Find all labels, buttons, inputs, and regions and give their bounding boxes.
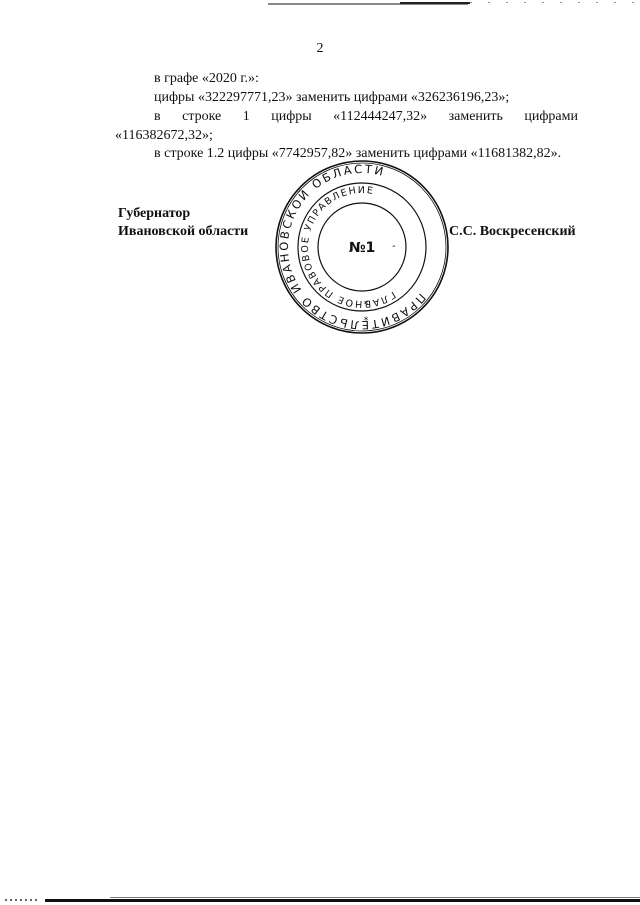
stamp-center-text: №1 (349, 240, 376, 256)
stamp-star: * (364, 316, 369, 326)
text-line: цифры «322297771,23» заменить цифрами «3… (154, 90, 509, 106)
word: строке (182, 109, 221, 125)
stamp-star: * (364, 300, 369, 310)
word: цифры (271, 109, 311, 125)
word: 1 (243, 109, 250, 125)
word: «112444247,32» (333, 109, 427, 125)
stamp-mark: - (392, 241, 396, 252)
scan-artifact-top (400, 2, 470, 4)
official-stamp: ПРАВИТЕЛЬСТВО ИВАНОВСКОЙ ОБЛАСТИ ГЛАВНОЕ… (272, 157, 452, 337)
signatory-name: С.С. Воскресенский (449, 223, 576, 241)
text-line: в графе «2020 г.»: (154, 71, 259, 87)
word: в (154, 109, 161, 125)
scan-artifact-top (470, 2, 640, 3)
word: заменить (449, 109, 503, 125)
text-line-justified: в строке 1 цифры «112444247,32» заменить… (154, 109, 578, 125)
signatory-title: Ивановской области (118, 223, 248, 241)
word: цифрами (524, 109, 578, 125)
signatory-title: Губернатор (118, 205, 190, 223)
text-line: «116382672,32»; (115, 128, 213, 144)
scan-artifact-bottom (110, 897, 640, 898)
scan-artifact-bottom (5, 899, 40, 901)
scan-artifact-bottom (45, 899, 640, 902)
page-number: 2 (0, 41, 640, 57)
